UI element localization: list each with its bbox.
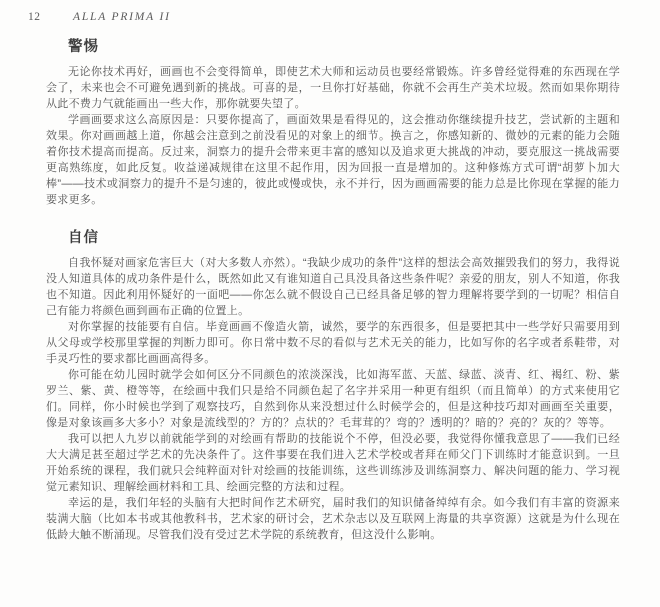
section-heading-vigilance: 警惕	[68, 39, 620, 56]
section-vigilance: 警惕 无论你技术再好，画画也不会变得简单，即使艺术大师和运动员也要经常锻炼。许多…	[46, 39, 620, 208]
paragraph: 你可能在幼儿园时就学会如何区分不同颜色的浓淡深浅，比如海军蓝、天蓝、绿蓝、淡青、…	[46, 367, 620, 431]
paragraph: 幸运的是，我们年轻的头脑有大把时间作艺术研究，届时我们的知识储备绰绰有余。如今我…	[46, 495, 620, 543]
section-heading-confidence: 自信	[68, 230, 620, 247]
section-confidence: 自信 自我怀疑对画家危害巨大（对大多数人亦然）。“我缺少成功的条件”这样的想法会…	[46, 230, 620, 543]
book-page: 12 ALLA PRIMA II 警惕 无论你技术再好，画画也不会变得简单，即使…	[0, 0, 660, 607]
page-header: 12 ALLA PRIMA II	[46, 11, 620, 23]
paragraph: 自我怀疑对画家危害巨大（对大多数人亦然）。“我缺少成功的条件”这样的想法会高效摧…	[46, 255, 620, 319]
paragraph: 无论你技术再好，画画也不会变得简单，即使艺术大师和运动员也要经常锻炼。许多曾经觉…	[46, 64, 620, 112]
paragraph: 我可以把人九岁以前就能学到的对绘画有帮助的技能说个不停，但没必要，我觉得你懂我意…	[46, 431, 620, 495]
paragraph: 对你掌握的技能要有自信。毕竟画画不像造火箭，诚然，要学的东西很多，但是要把其中一…	[46, 319, 620, 367]
book-title: ALLA PRIMA II	[73, 11, 171, 23]
paragraph: 学画画要求这么高原因是：只要你提高了，画面效果是看得见的，这会推动你继续提升技艺…	[46, 112, 620, 208]
page-number: 12	[28, 11, 73, 23]
